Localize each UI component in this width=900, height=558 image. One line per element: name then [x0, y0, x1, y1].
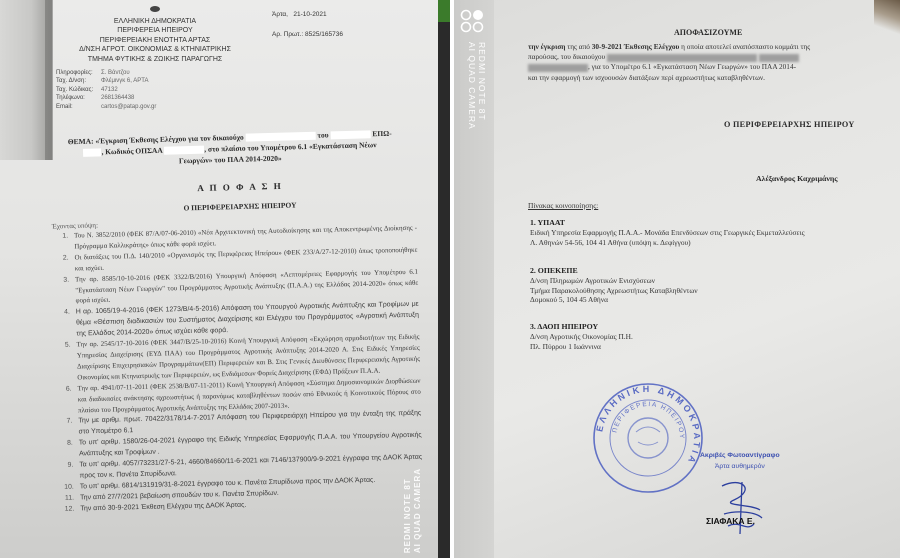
- recipient-2: 2. ΟΠΕΚΕΠΕ Δ/νση Πληρωμών Αγροτικών Ενισ…: [530, 266, 698, 305]
- approval-text: και την εφαρμογή των ισχυουσών διατάξεων…: [528, 73, 900, 83]
- clerk-name: ΣΙΑΦΑΚΑ Ε.: [706, 516, 755, 526]
- recipient-line: Δομοκού 5, 104 45 Αθήνα: [530, 295, 698, 305]
- approval-text: παρούσας, του δικαιούχου: [528, 52, 605, 61]
- item-number: 7.: [56, 417, 78, 439]
- left-document-photo: ΕΛΛΗΝΙΚΗ ΔΗΜΟΚΡΑΤΙΑ ΠΕΡΙΦΕΡΕΙΑ ΗΠΕΙΡΟΥ Π…: [0, 0, 450, 558]
- approval-paragraph: την έγκριση της από 30-9-2021 Έκθεσης Ελ…: [528, 42, 900, 83]
- letterhead-line: ΤΜΗΜΑ ΦΥΤΙΚΗΣ & ΖΩΙΚΗΣ ΠΑΡΑΓΩΓΗΣ: [75, 55, 235, 65]
- approval-date: 30-9-2021: [592, 42, 622, 51]
- contact-value: Φλέμινγκ 6, ΑΡΤΑ: [101, 77, 148, 85]
- item-number: 3.: [53, 275, 76, 308]
- document-date: 21-10-2021: [293, 11, 326, 18]
- governor-title: Ο ΠΕΡΙΦΕΡΕΙΑΡΧΗΣ ΗΠΕΙΡΟΥ: [724, 120, 855, 129]
- background-object: [438, 0, 450, 22]
- recipient-3: 3. ΔΑΟΠ ΗΠΕΙΡΟΥ Δ/νση Αγροτικής Οικονομί…: [530, 322, 633, 351]
- contact-value: Σ. Βάντζου: [101, 69, 130, 77]
- redaction: [83, 149, 101, 157]
- greek-emblem-icon: [150, 6, 160, 12]
- contact-value: 2681364438: [101, 94, 134, 102]
- protocol-number: 8525/165736: [305, 31, 343, 38]
- considerations-intro: Έχοντας υπόψη:: [52, 221, 98, 230]
- contact-value: cartos@patap.gov.gr: [101, 103, 156, 111]
- subject-text: , Κωδικός ΟΠΣΑΑ: [101, 146, 162, 157]
- item-number: 5.: [54, 341, 77, 385]
- watermark-line: REDMI NOTE 8T: [403, 478, 412, 553]
- watermark-line: AI QUAD CAMERA: [413, 468, 422, 553]
- document-meta: Άρτα, 21-10-2021 Αρ. Πρωτ.: 8525/165736: [272, 5, 343, 45]
- recipient-line: Πλ. Πύρρου 1 Ιωάννινα: [530, 342, 633, 352]
- official-stamp-icon: ΕΛΛΗΝΙΚΗ ΔΗΜΟΚΡΑΤΙΑ ΠΕΡΙΦΕΡΕΙΑ ΗΠΕΙΡΟΥ: [592, 382, 704, 494]
- contact-label: Email:: [56, 103, 101, 111]
- place-label: Άρτα,: [272, 11, 288, 18]
- recipient-line: Δ/νση Αγροτικής Οικονομίας Π.Η.: [530, 332, 633, 342]
- redaction: [330, 131, 370, 140]
- recipient-line: Λ. Αθηνών 54-56, 104 41 Αθήνα (υπόψη κ. …: [530, 238, 805, 248]
- item-number: 9.: [57, 460, 79, 482]
- letterhead-line: ΠΕΡΙΦΕΡΕΙΑΚΗ ΕΝΟΤΗΤΑ ΑΡΤΑΣ: [75, 36, 235, 46]
- item-number: 2.: [52, 253, 74, 275]
- camera-watermark: REDMI NOTE 8T AI QUAD CAMERA: [403, 468, 423, 553]
- item-number: 8.: [57, 439, 79, 461]
- approval-text: της από: [565, 42, 591, 51]
- svg-text:ΠΕΡΙΦΕΡΕΙΑ ΗΠΕΙΡΟΥ: ΠΕΡΙΦΕΡΕΙΑ ΗΠΕΙΡΟΥ: [611, 401, 685, 440]
- subject-text: ΕΠΩ-: [372, 129, 392, 139]
- item-number: 12.: [58, 504, 80, 515]
- decision-heading: ΑΠΟΦΑΣΙΖΟΥΜΕ: [674, 28, 742, 37]
- redaction: [164, 146, 204, 155]
- signature-icon: [712, 474, 766, 544]
- fold-shadow: [45, 0, 53, 160]
- recipient-title: 1. ΥΠΑΑΤ: [530, 218, 565, 227]
- blurred-code: [528, 64, 588, 72]
- camera-logo-icon: [459, 8, 485, 34]
- approval-text: η οποία αποτελεί αναπόσπαστο κομμάτι της: [679, 42, 810, 51]
- background-object: [874, 0, 900, 40]
- item-text: Την αρ. 2545/17-10-2016 (ΦΕΚ 3447/Β/25-1…: [76, 333, 420, 384]
- blurred-id: [759, 54, 799, 62]
- contact-label: Πληροφορίες:: [56, 69, 101, 77]
- recipient-line: Δ/νση Πληρωμών Αγροτικών Ενισχύσεων: [530, 276, 698, 286]
- letterhead-line: ΠΕΡΙΦΕΡΕΙΑ ΗΠΕΙΡΟΥ: [75, 26, 235, 36]
- watermark-line: REDMI NOTE 8T: [477, 42, 487, 121]
- approval-text: Έκθεσης Ελέγχου: [622, 42, 679, 51]
- approval-text: την έγκριση: [528, 42, 565, 51]
- item-number: 4.: [54, 308, 77, 341]
- contact-label: Ταχ. Δ/νση:: [56, 77, 101, 85]
- recipient-title: 3. ΔΑΟΠ ΗΠΕΙΡΟΥ: [530, 322, 598, 331]
- letterhead-line: ΕΛΛΗΝΙΚΗ ΔΗΜΟΚΡΑΤΙΑ: [75, 17, 235, 27]
- certification-text: Άρτα αυθημερόν: [700, 461, 780, 472]
- contact-label: Ταχ. Κώδικας:: [56, 86, 101, 94]
- watermark-line: AI QUAD CAMERA: [467, 42, 477, 130]
- recipient-title: 2. ΟΠΕΚΕΠΕ: [530, 266, 578, 275]
- recipient-line: Τμήμα Παρακολούθησης Αχρεωστήτως Καταβλη…: [530, 286, 698, 296]
- letterhead-line: Δ/ΝΣΗ ΑΓΡΟΤ. ΟΙΚΟΝΟΜΙΑΣ & ΚΤΗΝΙΑΤΡΙΚΗΣ: [75, 45, 235, 55]
- item-number: 1.: [52, 232, 74, 254]
- camera-watermark: REDMI NOTE 8T AI QUAD CAMERA: [467, 42, 487, 130]
- item-number: 6.: [55, 384, 78, 417]
- recipient-1: 1. ΥΠΑΑΤ Ειδική Υπηρεσία Εφαρμογής Π.Α.Α…: [530, 218, 805, 247]
- item-number: 10.: [58, 482, 80, 493]
- contact-value: 47132: [101, 86, 118, 94]
- contact-label: Τηλέφωνο:: [56, 94, 101, 102]
- svg-text:ΕΛΛΗΝΙΚΗ ΔΗΜΟΚΡΑΤΙΑ: ΕΛΛΗΝΙΚΗ ΔΗΜΟΚΡΑΤΙΑ: [594, 384, 702, 467]
- protocol-label: Αρ. Πρωτ.:: [272, 31, 303, 38]
- blurred-name: [607, 54, 757, 62]
- item-number: 11.: [58, 493, 80, 504]
- letterhead: ΕΛΛΗΝΙΚΗ ΔΗΜΟΚΡΑΤΙΑ ΠΕΡΙΦΕΡΕΙΑ ΗΠΕΙΡΟΥ Π…: [75, 6, 235, 65]
- certification-text: Ακριβές Φωτοαντίγραφο: [700, 452, 780, 459]
- recipient-line: Ειδική Υπηρεσία Εφαρμογής Π.Α.Α.- Μονάδα…: [530, 228, 805, 238]
- certification-stamp: Ακριβές Φωτοαντίγραφο Άρτα αυθημερόν: [700, 450, 780, 472]
- contact-info: Πληροφορίες:Σ. Βάντζου Ταχ. Δ/νση:Φλέμιν…: [56, 69, 156, 111]
- signer-name: Αλέξανδρος Καχριμάνης: [756, 174, 838, 183]
- notification-title: Πίνακας κοινοποίησης:: [528, 201, 598, 210]
- approval-text: , για το Υπομέτρο 6.1 «Εγκατάσταση Νέων …: [588, 62, 796, 71]
- considerations-list: 1.Του Ν. 3852/2010 (ΦΕΚ 87/Α/07-06-2010)…: [52, 224, 423, 516]
- subject-text: του: [317, 130, 328, 139]
